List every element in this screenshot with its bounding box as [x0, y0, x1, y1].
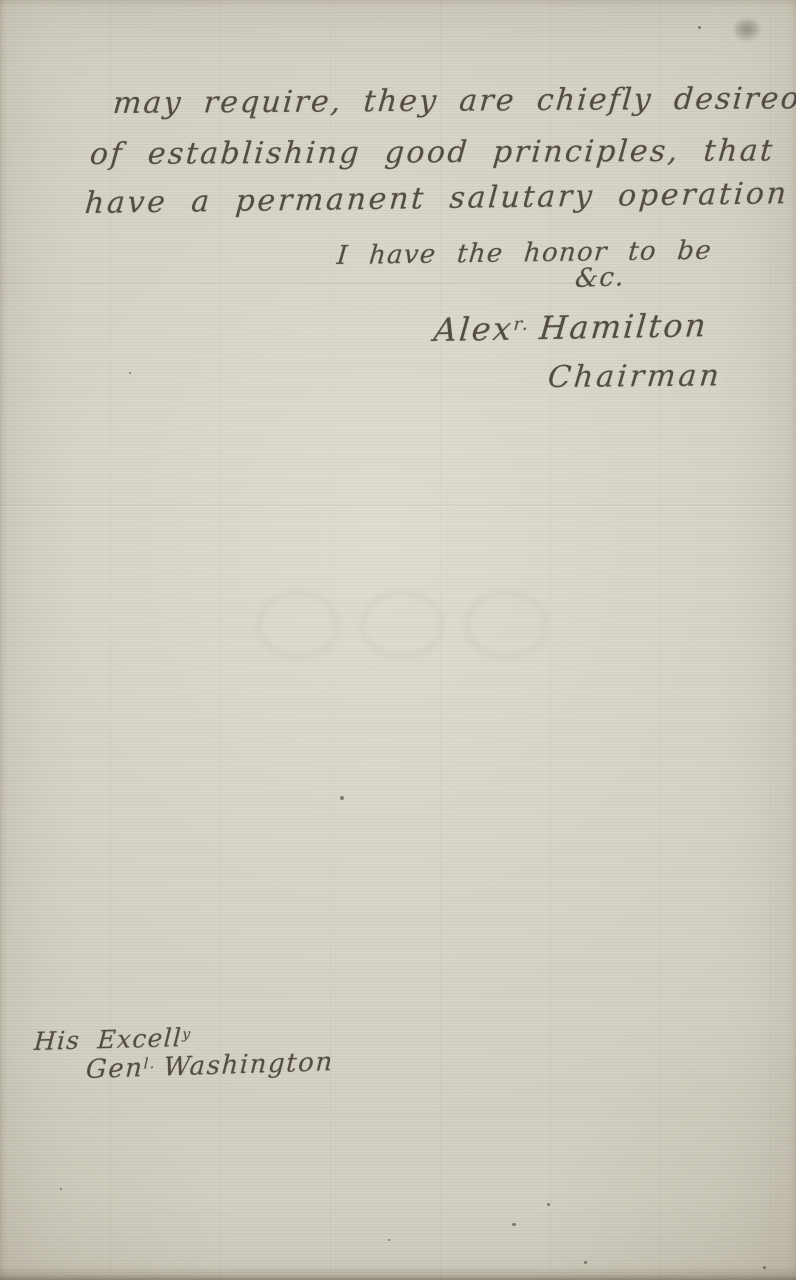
ink-speck — [388, 1239, 390, 1241]
signature-title: Chairman — [546, 358, 723, 395]
letter-page: may require, they are chiefly desireous … — [0, 0, 796, 1280]
address-recipient-superscript: l. — [143, 1056, 156, 1072]
letter-body-line: may require, they are chiefly desireous — [112, 81, 796, 121]
address-honorific-superscript: y — [182, 1026, 192, 1042]
ink-speck — [547, 1203, 550, 1206]
closing-line: I have the honor to be — [336, 236, 714, 271]
address-honorific-main: His Excell — [33, 1023, 183, 1056]
signature-name-rest: Hamilton — [538, 306, 710, 347]
ink-speck — [763, 1266, 766, 1269]
etcetera-mark: &c. — [574, 262, 626, 294]
ink-speck — [340, 796, 344, 800]
watermark-showthrough — [255, 585, 565, 665]
fold-crease — [0, 283, 796, 284]
letter-body-line: have a permanent salutary operation — [84, 176, 790, 221]
address-recipient-main: Gen — [85, 1053, 144, 1085]
signature-name-superscript: r. — [513, 315, 531, 335]
signature-name: Alexr.Hamilton — [432, 306, 709, 349]
ink-speck — [129, 372, 131, 374]
ink-speck — [698, 26, 701, 29]
address-recipient-rest: Washington — [163, 1047, 335, 1082]
ink-speck — [512, 1223, 516, 1226]
letter-body-line: of establishing good principles, that wi… — [89, 133, 796, 172]
signature-name-main: Alex — [432, 310, 515, 349]
address-recipient: Genl.Washington — [85, 1047, 334, 1085]
ink-speck — [60, 1188, 62, 1190]
ink-speck — [584, 1261, 587, 1264]
fold-crease — [0, 505, 796, 506]
address-honorific: His Excelly — [33, 1023, 192, 1056]
ink-smudge — [726, 15, 764, 47]
